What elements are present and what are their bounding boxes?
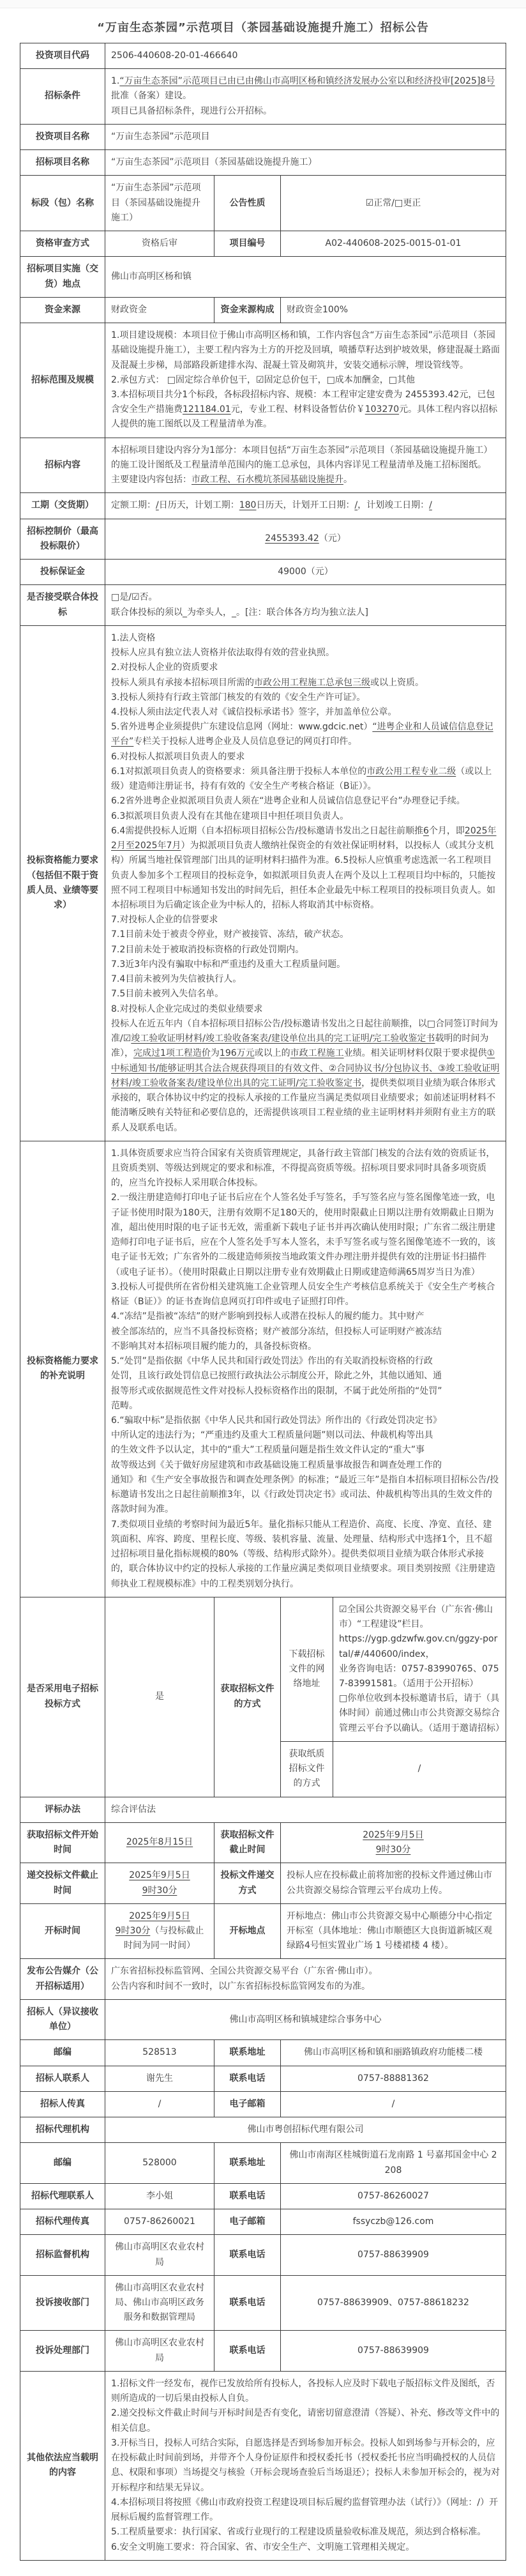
section-name-label: 标段（包）名称 [20, 176, 105, 231]
doc-obtain-start-label: 获取招标文件开始时间 [20, 1822, 105, 1863]
investment-name-label: 投资项目名称 [20, 124, 105, 149]
row-project-code: 投资项目代码 2506-440608-20-01-466640 [20, 43, 506, 69]
agency-postcode-value: 528000 [105, 2143, 214, 2183]
complaint-handling-phone-value: 0757-88639909 [281, 2331, 506, 2371]
row-tenderer-fax: 招标人传真 / 电子邮箱 / [20, 2091, 506, 2117]
tenderer-postcode-value: 528513 [105, 2040, 214, 2066]
doc-obtain-deadline-label: 获取招标文件截止时间 [214, 1822, 281, 1863]
tender-content-label: 招标内容 [20, 438, 105, 493]
complaint-reception-label: 投诉接收部门 [20, 2275, 105, 2331]
tenderer-address-value: 佛山市高明区杨和镇和丽路镇政府功能楼二楼 [281, 2040, 506, 2066]
supplementary-notes-value: 1.具体资质要求应当符合国家有关资质管理规定，具备行政主管部门核发的合法有效的资… [105, 1141, 506, 1597]
row-tender-content: 招标内容 本招标项目建设内容分为1部分：本项目包括“万亩生态茶园”示范项目（茶园… [20, 438, 506, 493]
consortium-value: □是/☑否。联合体投标的须以_为牵头人，_。[注：联合体各方均为独立法人] [105, 585, 506, 625]
agency-email-label: 电子邮箱 [214, 2209, 281, 2235]
e-bidding-value: 是 [105, 1597, 214, 1797]
tender-name-value: “万亩生态茶园”示范项目（茶园基础设施提升施工） [105, 150, 506, 176]
row-qualification-review: 资格审查方式 资格后审 项目编号 A02-440608-2025-0015-01… [20, 231, 506, 257]
bid-conditions-value: 1.“万亩生态茶园”示范项目已由已由佛山市高明区杨和镇经济发展办公室以和经济投审… [105, 69, 506, 125]
row-agency-fax: 招标代理传真 0757-86260021 电子邮箱 fssyczb@126.co… [20, 2209, 506, 2235]
row-tenderer-contact: 招标人联系人 谢先生 联系电话 0757-88881362 [20, 2066, 506, 2091]
tenderer-postcode-label: 邮编 [20, 2040, 105, 2066]
project-code-label: 投资项目代码 [20, 43, 105, 69]
agency-phone-label: 联系电话 [214, 2183, 281, 2209]
agency-email-value: fssyczb@126.com [281, 2209, 506, 2235]
row-other-content: 其他依法应当载明的内容 1.招标文件一经发布，视作已发放给所有投标人，各投标人应… [20, 2371, 506, 2560]
bid-conditions-label: 招标条件 [20, 69, 105, 125]
paper-doc-label: 获取纸质招标文件的方式 [281, 1741, 333, 1797]
supervision-label: 招标监督机构 [20, 2235, 105, 2275]
supervision-phone-value: 0757-88639909 [281, 2235, 506, 2275]
section-name-value: “万亩生态茶园”示范项目（茶园基础设施提升施工） [105, 176, 214, 231]
qualification-review-value: 资格后审 [105, 231, 214, 257]
agency-postcode-label: 邮编 [20, 2143, 105, 2183]
supervision-value: 佛山市高明区农业农村局 [105, 2235, 214, 2275]
row-tenderer: 招标人（异议接收单位） 佛山市高明区杨和镇城建综合事务中心 [20, 1999, 506, 2039]
opening-place-label: 开标地点 [214, 1903, 281, 1959]
row-evaluation-method: 评标办法 综合评估法 [20, 1797, 506, 1822]
agency-address-label: 联系地址 [214, 2143, 281, 2183]
announcement-media-label: 发布公告媒介（公开招标适用） [20, 1959, 105, 1999]
download-url-value: ☑全国公共资源交易平台（广东省·佛山市）“工程建设”栏目。https://ygp… [333, 1597, 506, 1741]
tender-notice-table: 投资项目代码 2506-440608-20-01-466640 招标条件 1.“… [20, 43, 506, 2561]
e-bidding-label: 是否采用电子招标投标方式 [20, 1597, 105, 1797]
paper-doc-value: / [333, 1741, 506, 1797]
submission-method-value: 投标人应在投标截止前将加密的投标文件通过佛山市公共资源交易综合管理云平台成功上传… [281, 1863, 506, 1903]
row-supplementary-notes: 投标资格能力要求的补充说明 1.具体资质要求应当符合国家有关资质管理规定，具备行… [20, 1141, 506, 1597]
tenderer-label: 招标人（异议接收单位） [20, 1999, 105, 2039]
submission-deadline-value: 2025年9月5日9时30分 [105, 1863, 214, 1903]
tenderer-fax-label: 招标人传真 [20, 2091, 105, 2117]
row-consortium: 是否接受联合体投标 □是/☑否。联合体投标的须以_为牵头人，_。[注：联合体各方… [20, 585, 506, 625]
row-announcement-media: 发布公告媒介（公开招标适用） 广东省招标投标监管网、全国公共资源交易平台（广东省… [20, 1959, 506, 1999]
agency-label: 招标代理机构 [20, 2117, 105, 2143]
tenderer-phone-value: 0757-88881362 [281, 2066, 506, 2091]
evaluation-method-value: 综合评估法 [105, 1797, 506, 1822]
row-complaint-reception: 投诉接收部门 佛山市高明区农业农村局、佛山市高明区政务服务和数据管理局 联系电话… [20, 2275, 506, 2331]
row-bid-deposit: 投标保证金 49000（元） [20, 560, 506, 585]
notice-nature-label: 公告性质 [214, 176, 281, 231]
supplementary-notes-label: 投标资格能力要求的补充说明 [20, 1141, 105, 1597]
qualification-requirements-label: 投标资格能力要求（包括但不限于资质人员、业绩等要求） [20, 625, 105, 1141]
row-complaint-handling: 投诉处理部门 佛山市高明区农业农村局 联系电话 0757-88639909 [20, 2331, 506, 2371]
project-code-value: 2506-440608-20-01-466640 [105, 43, 506, 69]
tenderer-email-label: 电子邮箱 [214, 2091, 281, 2117]
complaint-reception-phone-value: 0757-88639909、0757-88618232 [281, 2275, 506, 2331]
bid-deposit-value: 49000（元） [105, 560, 506, 585]
qualification-review-label: 资格审查方式 [20, 231, 105, 257]
fund-composition-label: 资金来源构成 [214, 297, 281, 323]
row-qualification-requirements: 投标资格能力要求（包括但不限于资质人员、业绩等要求） 1.法人资格投标人应具有独… [20, 625, 506, 1141]
delivery-location-label: 招标项目实施（交货）地点 [20, 257, 105, 297]
agency-value: 佛山市粤创招标代理有限公司 [105, 2117, 506, 2143]
row-supervision: 招标监督机构 佛山市高明区农业农村局 联系电话 0757-88639909 [20, 2235, 506, 2275]
row-submission-deadline: 递交投标文件截止时间 2025年9月5日9时30分 投标文件递交方式 投标人应在… [20, 1863, 506, 1903]
tenderer-value: 佛山市高明区杨和镇城建综合事务中心 [105, 1999, 506, 2039]
row-bid-conditions: 招标条件 1.“万亩生态茶园”示范项目已由已由佛山市高明区杨和镇经济发展办公室以… [20, 69, 506, 125]
agency-contact-label: 招标代理联系人 [20, 2183, 105, 2209]
opening-time-value: 2025年9月5日9时30分（与投标截止时间为同一时间） [105, 1903, 214, 1959]
submission-method-label: 投标文件递交方式 [214, 1863, 281, 1903]
tender-content-value: 本招标项目建设内容分为1部分：本项目包括“万亩生态茶园”示范项目（茶园基础设施提… [105, 438, 506, 493]
download-url-label: 下载招标文件的网络地址 [281, 1597, 333, 1741]
row-control-price: 招标控制价（最高投标限价） 2455393.42（元） [20, 519, 506, 559]
scope-label: 招标范围及规模 [20, 323, 105, 438]
project-number-label: 项目编号 [214, 231, 281, 257]
complaint-handling-phone-label: 联系电话 [214, 2331, 281, 2371]
consortium-label: 是否接受联合体投标 [20, 585, 105, 625]
control-price-value: 2455393.42（元） [105, 519, 506, 559]
delivery-location-value: 佛山市高明区杨和镇 [105, 257, 506, 297]
page-title: “万亩生态茶园”示范项目（茶园基础设施提升施工）招标公告 [0, 19, 526, 35]
tenderer-phone-label: 联系电话 [214, 2066, 281, 2091]
doc-obtain-start-value: 2025年8月15日 [105, 1822, 214, 1863]
doc-obtain-deadline-value: 2025年9月5日9时30分 [281, 1822, 506, 1863]
other-content-label: 其他依法应当载明的内容 [20, 2371, 105, 2560]
row-doc-obtain-time: 获取招标文件开始时间 2025年8月15日 获取招标文件截止时间 2025年9月… [20, 1822, 506, 1863]
evaluation-method-label: 评标办法 [20, 1797, 105, 1822]
fund-composition-value: 财政资金100% [281, 297, 506, 323]
agency-contact-value: 李小姐 [105, 2183, 214, 2209]
row-e-bidding: 是否采用电子招标投标方式 是 获取招标文件的方式 下载招标文件的网络地址 ☑全国… [20, 1597, 506, 1741]
qualification-requirements-value: 1.法人资格投标人应具有独立法人资格并依法取得有效的营业执照。2.对投标人企业的… [105, 625, 506, 1141]
opening-time-label: 开标时间 [20, 1903, 105, 1959]
duration-label: 工期（交货期） [20, 493, 105, 519]
announcement-media-value: 广东省招标投标监管网、全国公共资源交易平台（广东省·佛山市）。公告内容和时间不一… [105, 1959, 506, 1999]
complaint-handling-value: 佛山市高明区农业农村局 [105, 2331, 214, 2371]
tender-name-label: 招标项目名称 [20, 150, 105, 176]
agency-fax-label: 招标代理传真 [20, 2209, 105, 2235]
opening-place-value: 开标地点：佛山市公共资源交易中心顺德分中心指定开标室（具体地址：佛山市顺德区大良… [281, 1903, 506, 1959]
row-agency-contact: 招标代理联系人 李小姐 联系电话 0757-86260027 [20, 2183, 506, 2209]
bid-deposit-label: 投标保证金 [20, 560, 105, 585]
row-investment-name: 投资项目名称 “万亩生态茶园”示范项目 [20, 124, 506, 149]
top-divider [0, 0, 526, 8]
control-price-label: 招标控制价（最高投标限价） [20, 519, 105, 559]
row-agency: 招标代理机构 佛山市粤创招标代理有限公司 [20, 2117, 506, 2143]
fund-source-value: 财政资金 [105, 297, 214, 323]
row-scope: 招标范围及规模 1.项目建设规模：本项目位于佛山市高明区杨和镇，工作内容包含“万… [20, 323, 506, 438]
complaint-handling-label: 投诉处理部门 [20, 2331, 105, 2371]
notice-nature-value: ☑正常/□更正 [281, 176, 506, 231]
tenderer-address-label: 联系地址 [214, 2040, 281, 2066]
agency-address-value: 佛山市南海区桂城街道石龙南路 1 号嘉邦国金中心 2208 [281, 2143, 506, 2183]
submission-deadline-label: 递交投标文件截止时间 [20, 1863, 105, 1903]
row-section-name: 标段（包）名称 “万亩生态茶园”示范项目（茶园基础设施提升施工） 公告性质 ☑正… [20, 176, 506, 231]
fund-source-label: 资金来源 [20, 297, 105, 323]
row-fund-source: 资金来源 财政资金 资金来源构成 财政资金100% [20, 297, 506, 323]
row-tender-name: 招标项目名称 “万亩生态茶园”示范项目（茶园基础设施提升施工） [20, 150, 506, 176]
tenderer-email-value: / [281, 2091, 506, 2117]
row-tenderer-postcode: 邮编 528513 联系地址 佛山市高明区杨和镇和丽路镇政府功能楼二楼 [20, 2040, 506, 2066]
tenderer-contact-value: 谢先生 [105, 2066, 214, 2091]
duration-value: 定额工期：/日历天，计划工期：180日历天，计划开工日期：/，计划竣工日期：/ [105, 493, 506, 519]
doc-obtain-method-label: 获取招标文件的方式 [214, 1597, 281, 1797]
project-number-value: A02-440608-2025-0015-01-01 [281, 231, 506, 257]
row-delivery-location: 招标项目实施（交货）地点 佛山市高明区杨和镇 [20, 257, 506, 297]
scope-value: 1.项目建设规模：本项目位于佛山市高明区杨和镇，工作内容包含“万亩生态茶园”示范… [105, 323, 506, 438]
row-opening-time: 开标时间 2025年9月5日9时30分（与投标截止时间为同一时间） 开标地点 开… [20, 1903, 506, 1959]
row-duration: 工期（交货期） 定额工期：/日历天，计划工期：180日历天，计划开工日期：/，计… [20, 493, 506, 519]
row-agency-postcode: 邮编 528000 联系地址 佛山市南海区桂城街道石龙南路 1 号嘉邦国金中心 … [20, 2143, 506, 2183]
investment-name-value: “万亩生态茶园”示范项目 [105, 124, 506, 149]
other-content-value: 1.招标文件一经发布，视作已发放给所有投标人，各投标人应及时下载电子版招标文件及… [105, 2371, 506, 2560]
complaint-reception-phone-label: 联系电话 [214, 2275, 281, 2331]
tenderer-fax-value: / [105, 2091, 214, 2117]
supervision-phone-label: 联系电话 [214, 2235, 281, 2275]
tenderer-contact-label: 招标人联系人 [20, 2066, 105, 2091]
agency-fax-value: 0757-86260021 [105, 2209, 214, 2235]
agency-phone-value: 0757-86260027 [281, 2183, 506, 2209]
complaint-reception-value: 佛山市高明区农业农村局、佛山市高明区政务服务和数据管理局 [105, 2275, 214, 2331]
